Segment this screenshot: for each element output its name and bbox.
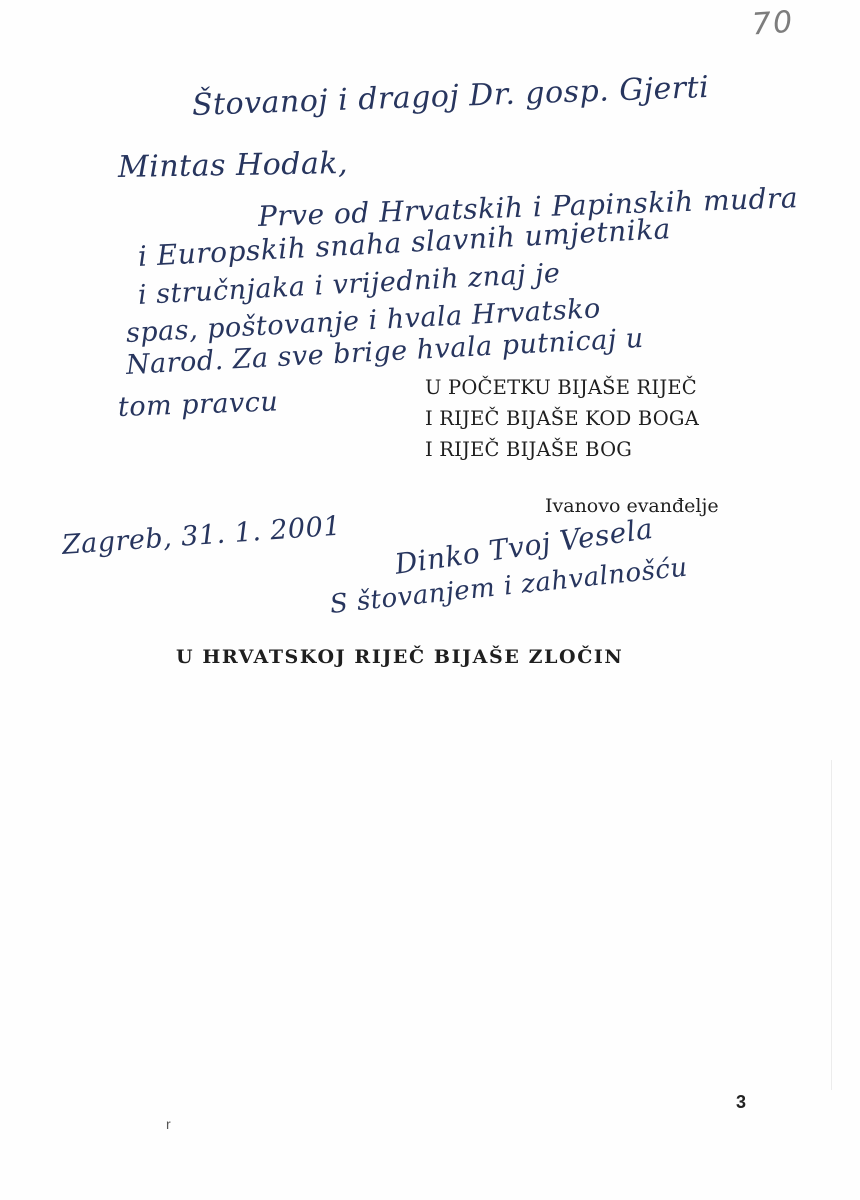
- place-date: Zagreb, 31. 1. 2001: [61, 511, 342, 561]
- archive-number: 70: [751, 5, 796, 43]
- epigraph-line: I RIJEČ BIJAŠE BOG: [425, 434, 699, 465]
- dedication-line: Štovanoj i dragoj Dr. gosp. Gjerti: [191, 70, 709, 123]
- dedication-line: Mintas Hodak,: [118, 146, 349, 185]
- scanned-page: 70 Štovanoj i dragoj Dr. gosp. Gjerti Mi…: [0, 0, 860, 1200]
- book-title: U HRVATSKOJ RIJEČ BIJAŠE ZLOČIN: [176, 646, 623, 668]
- dedication-line: tom pravcu: [117, 386, 278, 423]
- epigraph-line: U POČETKU BIJAŠE RIJEČ: [425, 372, 699, 403]
- page-number: 3: [736, 1092, 746, 1113]
- epigraph-line: I RIJEČ BIJAŠE KOD BOGA: [425, 403, 699, 434]
- stray-mark: r: [166, 1116, 171, 1132]
- page-edge-shadow: [831, 760, 832, 1090]
- epigraph: U POČETKU BIJAŠE RIJEČ I RIJEČ BIJAŠE KO…: [425, 372, 699, 465]
